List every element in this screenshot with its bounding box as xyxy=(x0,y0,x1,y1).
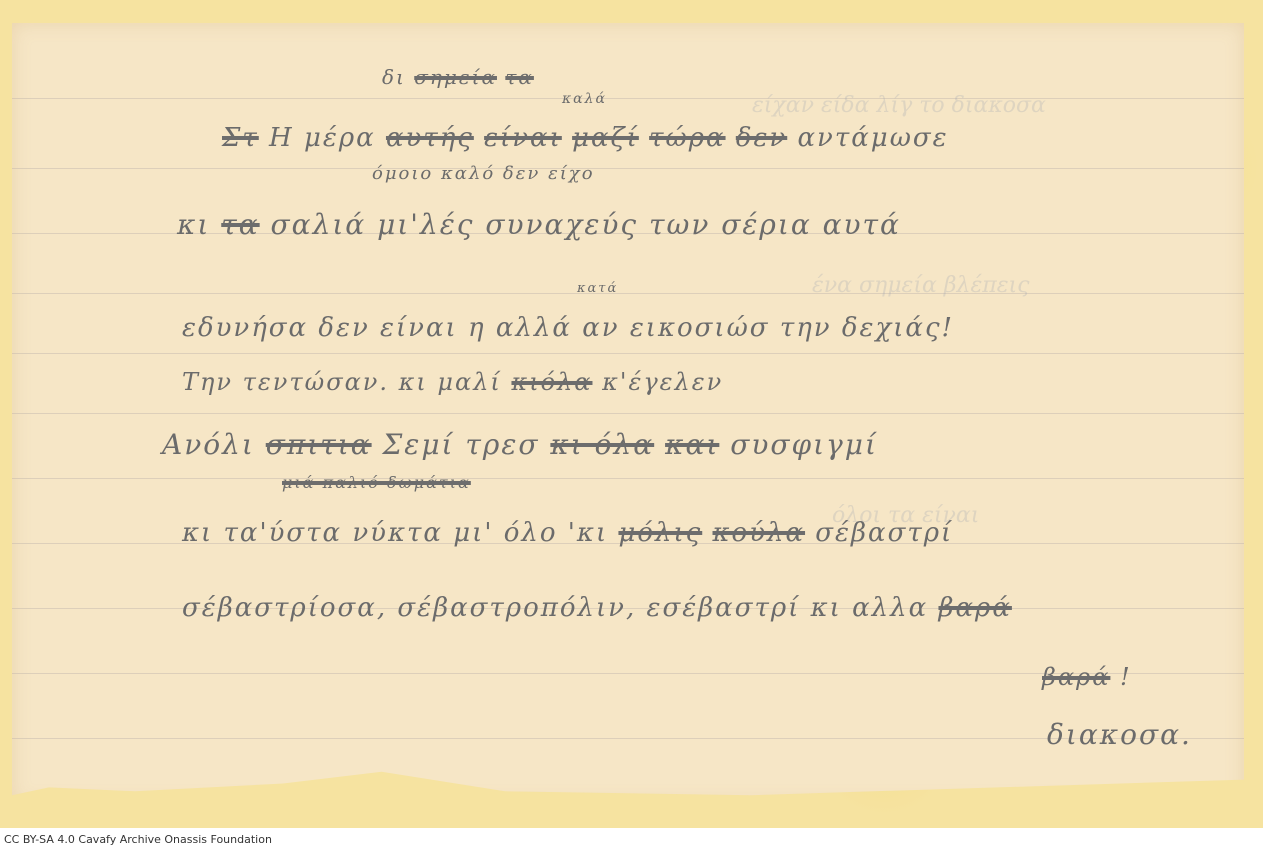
struck-word: κιόλα xyxy=(511,368,592,396)
struck-word: τώρα xyxy=(649,123,725,153)
manuscript-line: όμοιο καλό δεν είχο xyxy=(372,163,595,184)
manuscript-line: κι τα'ύστα νύκτα μι' όλο 'κι μόλις κούλα… xyxy=(182,518,953,548)
struck-word: μαζί xyxy=(572,123,639,153)
bleed-through-text: ένα σημεία βλέπεις xyxy=(812,273,1030,298)
struck-word: βαρά xyxy=(1042,663,1110,691)
ruled-line xyxy=(12,353,1244,354)
struck-word: τα xyxy=(505,65,534,89)
ruled-line xyxy=(12,98,1244,99)
manuscript-line: εδυνήσα δεν είναι η αλλά αν εικοσιώσ την… xyxy=(182,313,954,343)
bleed-through-text: είχαν είδα λίγ το διακοσα xyxy=(752,93,1046,118)
ruled-line xyxy=(12,478,1244,479)
ruled-line xyxy=(12,413,1244,414)
struck-word: τα xyxy=(221,208,259,241)
manuscript-line: Την τεντώσαν. κι μαλί κιόλα κ'έγελεν xyxy=(182,368,723,396)
manuscript-line: κατά xyxy=(577,281,618,296)
manuscript-line: κι τα σαλιά μι'λές συναχεύς των σέρια αυ… xyxy=(177,208,901,241)
manuscript-line: Στ Η μέρα αυτής είναι μαζί τώρα δεν αντά… xyxy=(222,123,949,153)
struck-word: μιά παλιό δωμάτια xyxy=(282,473,471,492)
manuscript-signature-line: διακοσα. xyxy=(1047,718,1192,751)
manuscript-line: Ανόλι σπιτια Σεμί τρεσ κι όλα και συσφιγ… xyxy=(162,428,878,461)
manuscript-line: μιά παλιό δωμάτια xyxy=(282,473,471,492)
manuscript-line: καλά xyxy=(562,91,607,107)
struck-word: είναι xyxy=(484,123,562,153)
manuscript-line: βαρά ! xyxy=(1042,663,1132,691)
struck-word: βαρά xyxy=(938,593,1011,623)
ruled-line xyxy=(12,293,1244,294)
struck-word: σημεία xyxy=(414,65,497,89)
manuscript-line: δι σημεία τα xyxy=(382,65,534,89)
struck-word: κούλα xyxy=(713,518,806,548)
ruled-line xyxy=(12,168,1244,169)
struck-word: δεν xyxy=(736,123,787,153)
struck-word: μόλις xyxy=(618,518,702,548)
manuscript-page: είχαν είδα λίγ το διακοσα ένα σημεία βλέ… xyxy=(12,23,1244,803)
manuscript-line: σέβαστρίοσα, σέβαστροπόλιν, εσέβαστρί κι… xyxy=(182,593,1012,623)
struck-word: και xyxy=(665,428,719,461)
struck-word: κι όλα xyxy=(550,428,654,461)
credit-line: CC BY-SA 4.0 Cavafy Archive Onassis Foun… xyxy=(4,833,272,846)
struck-word: αυτής xyxy=(386,123,474,153)
struck-word: σπιτια xyxy=(266,428,372,461)
struck-word: Στ xyxy=(222,123,259,153)
